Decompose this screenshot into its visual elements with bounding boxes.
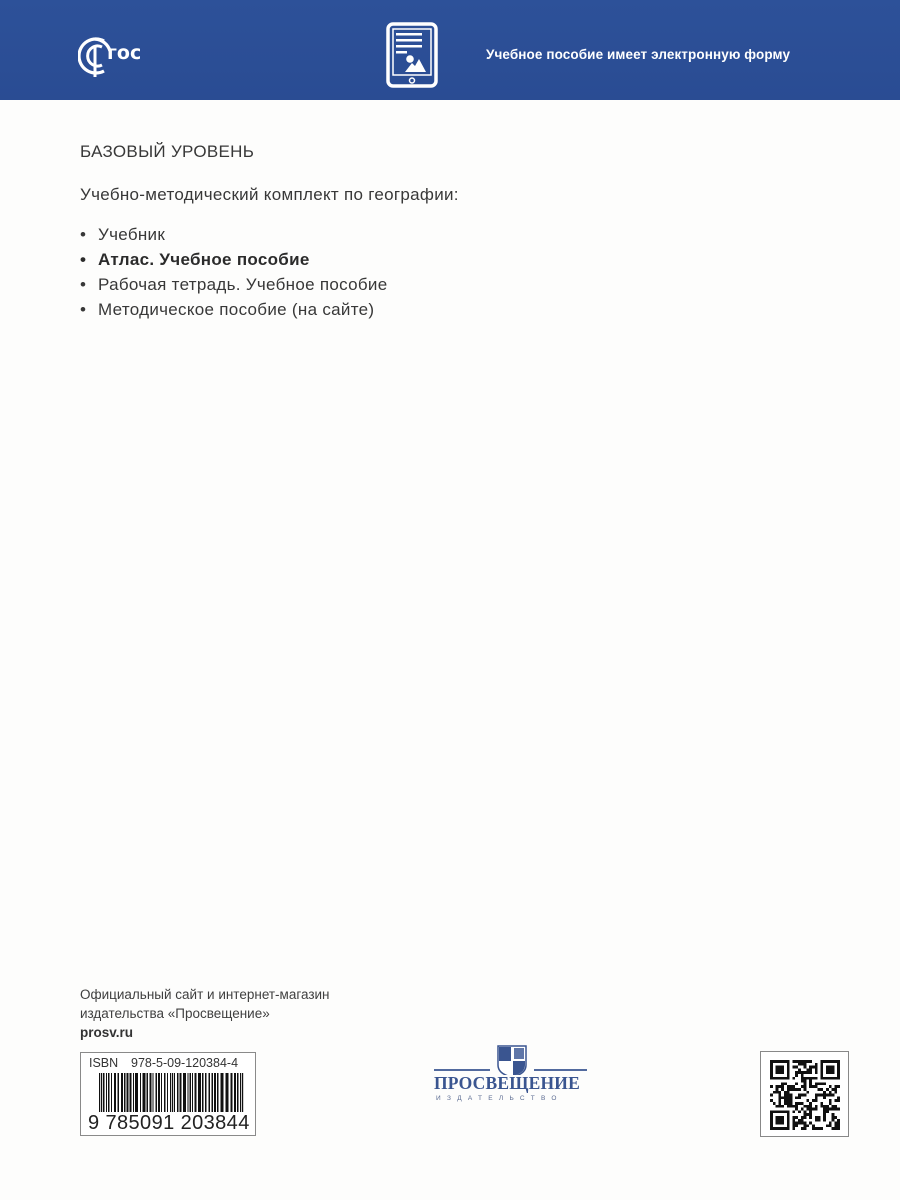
qr-code[interactable]: [760, 1051, 849, 1137]
kit-item-textbook: •Учебник: [80, 222, 387, 247]
isbn-label: ISBN: [89, 1056, 118, 1070]
bullet-icon: •: [80, 247, 98, 272]
bullet-icon: •: [80, 222, 98, 247]
tablet-icon: [386, 22, 438, 88]
kit-item-workbook: •Рабочая тетрадь. Учебное пособие: [80, 272, 387, 297]
fgos-logo-text: гос: [107, 42, 141, 64]
fgos-logo: гос: [78, 33, 158, 77]
kit-item-label: Учебник: [98, 225, 165, 244]
qr-code-icon: [770, 1060, 840, 1130]
barcode-digits: 9 785091 203844: [87, 1112, 253, 1135]
publisher-name: ПРОСВЕЩЕНИЕ: [434, 1073, 580, 1094]
kit-item-label: Атлас. Учебное пособие: [98, 250, 310, 269]
publisher-logo: ПРОСВЕЩЕНИЕ ИЗДАТЕЛЬСТВО: [432, 1043, 592, 1113]
isbn-barcode: ISBN 978-5-09-120384-4 9 785091 203844: [80, 1052, 256, 1136]
kit-item-label: Рабочая тетрадь. Учебное пособие: [98, 275, 387, 294]
kit-item-methodology: •Методическое пособие (на сайте): [80, 297, 387, 322]
electronic-form-note: Учебное пособие имеет электронную форму: [486, 47, 790, 62]
bullet-icon: •: [80, 272, 98, 297]
site-info-line2: издательства «Просвещение»: [80, 1004, 330, 1023]
site-url-link[interactable]: prosv.ru: [80, 1023, 330, 1042]
kit-item-atlas: •Атлас. Учебное пособие: [80, 247, 387, 272]
level-heading: БАЗОВЫЙ УРОВЕНЬ: [80, 142, 254, 162]
site-info-line1: Официальный сайт и интернет-магазин: [80, 985, 330, 1004]
kit-list: •Учебник •Атлас. Учебное пособие •Рабоча…: [80, 222, 387, 322]
site-info: Официальный сайт и интернет-магазин изда…: [80, 985, 330, 1042]
isbn-number: 978-5-09-120384-4: [131, 1056, 238, 1070]
bullet-icon: •: [80, 297, 98, 322]
header-band: гос Учебное пособие имеет электронную фо…: [0, 0, 900, 100]
kit-item-label: Методическое пособие (на сайте): [98, 300, 374, 319]
publisher-emblem-icon: [432, 1043, 592, 1075]
publisher-subtitle: ИЗДАТЕЛЬСТВО: [436, 1095, 563, 1102]
kit-title: Учебно-методический комплект по географи…: [80, 185, 459, 205]
